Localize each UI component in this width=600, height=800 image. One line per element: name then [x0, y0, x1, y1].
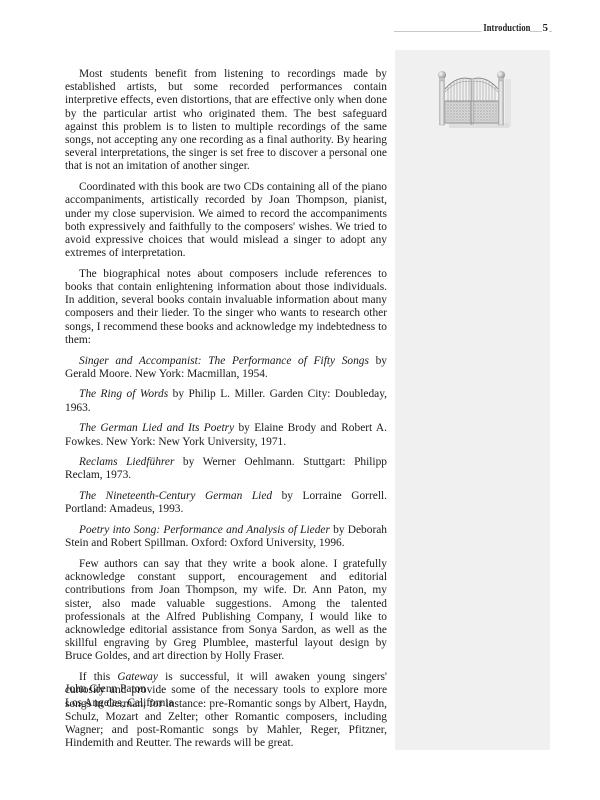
signature-block: John Glenn Paton Los Angeles, California [65, 683, 174, 710]
sidebar-panel [395, 50, 550, 750]
paragraph-cds: Coordinated with this book are two CDs c… [65, 181, 387, 260]
book-title-gateway: Gateway [117, 671, 158, 683]
page-number: 5 [542, 22, 550, 34]
reference-title: Singer and Accompanist: The Performance … [79, 355, 369, 367]
reference-item: The Ring of Words by Philip L. Miller. G… [65, 388, 387, 414]
reference-title: Reclams Liedführer [79, 456, 174, 468]
section-title: Introduction [481, 23, 530, 34]
running-head: Introduction 5 [394, 23, 552, 37]
paragraph-acknowledgment: Few authors can say that they write a bo… [65, 558, 387, 664]
reference-item: The German Lied and Its Poetry by Elaine… [65, 422, 387, 448]
garden-gate-icon [435, 65, 515, 130]
reference-title: The Ring of Words [79, 388, 168, 400]
paragraph-biographical-notes: The biographical notes about composers i… [65, 268, 387, 347]
author-location: Los Angeles, California [65, 697, 174, 711]
reference-item: Singer and Accompanist: The Performance … [65, 355, 387, 381]
reference-title: The German Lied and Its Poetry [79, 422, 234, 434]
reference-item: The Nineteenth-Century German Lied by Lo… [65, 490, 387, 516]
closing-text-start: If this [79, 671, 117, 683]
reference-item: Poetry into Song: Performance and Analys… [65, 524, 387, 550]
paragraph-recordings: Most students benefit from listening to … [65, 68, 387, 174]
author-name: John Glenn Paton [65, 683, 174, 697]
reference-title: The Nineteenth-Century German Lied [79, 490, 272, 502]
reference-item: Reclams Liedführer by Werner Oehlmann. S… [65, 456, 387, 482]
body-text: Most students benefit from listening to … [65, 68, 387, 758]
reference-title: Poetry into Song: Performance and Analys… [79, 524, 330, 536]
